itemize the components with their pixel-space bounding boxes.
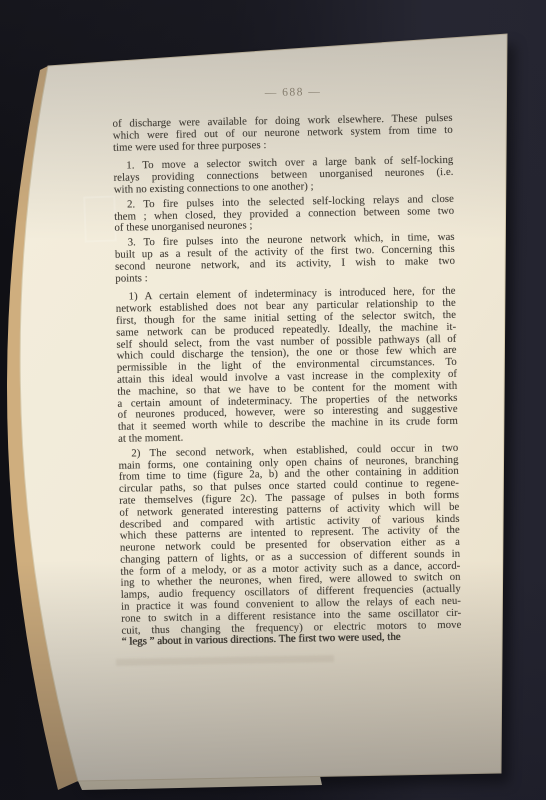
point-2: 2) The second network, when established,… <box>118 443 461 649</box>
point-1: 1) A certain element of indeterminacy is… <box>116 286 459 445</box>
list-item-1: 1. To move a selector switch over a larg… <box>113 155 454 196</box>
intro-paragraph: of discharge were available for doing wo… <box>113 113 454 154</box>
list-item-3: 3. To fire pulses into the neurone netwo… <box>115 232 456 285</box>
text-column: of discharge were available for doing wo… <box>113 113 462 649</box>
page-content: — 688 — of discharge were available for … <box>112 84 462 649</box>
list-item-2: 2. To fire pulses into the selected self… <box>114 194 455 235</box>
photo-background: — 688 — of discharge were available for … <box>0 0 546 800</box>
